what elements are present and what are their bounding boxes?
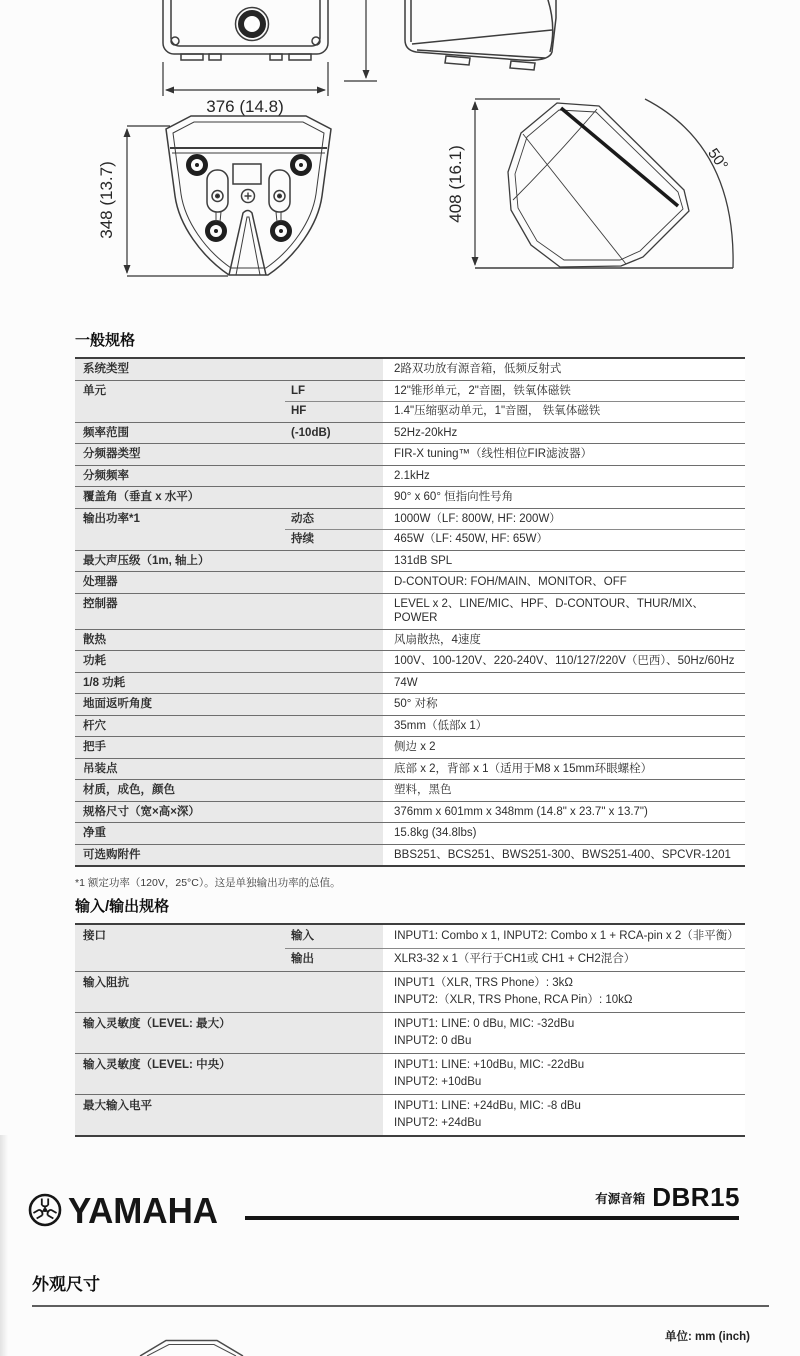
- spec-value: 465W（LF: 450W, HF: 65W）: [383, 529, 745, 550]
- spec-row: 散热 风扇散热，4速度: [75, 629, 745, 651]
- spec-sublabel: 持续: [285, 529, 383, 550]
- appearance-section-rule: [32, 1305, 769, 1307]
- spec-row: 可选购附件 BBS251、BCS251、BWS251-300、BWS251-40…: [75, 844, 745, 866]
- tilt-height-label: 408 (16.1): [446, 145, 465, 223]
- unit-note: 单位: mm (inch): [665, 1328, 750, 1344]
- spec-value: INPUT1: LINE: 0 dBu, MIC: -32dBu INPUT2:…: [383, 1013, 745, 1053]
- spec-row: 输出 XLR3-32 x 1（平行于CH1或 CH1 + CH2混合）: [75, 948, 745, 971]
- spec-value: 100V、100-120V、220-240V、110/127/220V（巴西）、…: [383, 651, 745, 672]
- tilt-height-dimension: [475, 99, 560, 265]
- spec-label: 最大输入电平: [75, 1095, 285, 1135]
- spec-value: INPUT1: LINE: +24dBu, MIC: -8 dBu INPUT2…: [383, 1095, 745, 1135]
- spec-value: 90° x 60° 恒指向性号角: [383, 487, 745, 508]
- spec-value: BBS251、BCS251、BWS251-300、BWS251-400、SPCV…: [383, 845, 745, 866]
- spec-sublabel: [285, 780, 383, 801]
- io-specs-table: 接口 输入 INPUT1: Combo x 1, INPUT2: Combo x…: [75, 923, 745, 1137]
- general-specs-title: 一般规格: [75, 331, 745, 351]
- spec-sublabel: [285, 845, 383, 866]
- spec-label: 覆盖角（垂直 x 水平）: [75, 487, 285, 508]
- spec-row: 输出功率*1 动态 1000W（LF: 800W, HF: 200W）: [75, 508, 745, 530]
- spec-value: 12"锥形单元，2"音圈，铁氧体磁铁: [383, 381, 745, 402]
- general-specs-footnote: *1 额定功率（120V，25°C）。这是单独输出功率的总值。: [75, 875, 745, 890]
- spec-sublabel: [285, 466, 383, 487]
- spec-sublabel: 动态: [285, 509, 383, 530]
- spec-sublabel: [285, 972, 383, 1012]
- spec-label: 1/8 功耗: [75, 673, 285, 694]
- brand-rule: [245, 1216, 739, 1220]
- io-specs-section: 输入/输出规格 接口 输入 INPUT1: Combo x 1, INPUT2:…: [75, 897, 745, 1137]
- yamaha-logo: YAMAHA: [28, 1184, 248, 1236]
- spec-label: 规格尺寸（宽×高×深）: [75, 802, 285, 823]
- yamaha-tuning-fork-icon: [30, 1195, 60, 1225]
- spec-row: 覆盖角（垂直 x 水平） 90° x 60° 恒指向性号角: [75, 486, 745, 508]
- spec-label: 频率范围: [75, 423, 285, 444]
- brand-row: YAMAHA 有源音箱 DBR15: [0, 1178, 800, 1248]
- spec-label: 输出功率*1: [75, 509, 285, 530]
- spec-row: 净重 15.8kg (34.8lbs): [75, 822, 745, 844]
- spec-value: 15.8kg (34.8lbs): [383, 823, 745, 844]
- spec-label: 吊装点: [75, 759, 285, 780]
- io-specs-title: 输入/输出规格: [75, 897, 745, 917]
- spec-value: INPUT1: Combo x 1, INPUT2: Combo x 1 + R…: [383, 925, 745, 948]
- spec-value: 风扇散热，4速度: [383, 630, 745, 651]
- spec-label: 单元: [75, 381, 285, 402]
- spec-label: 分频频率: [75, 466, 285, 487]
- spec-label: 材质，成色，颜色: [75, 780, 285, 801]
- spec-sublabel: [285, 759, 383, 780]
- yamaha-logo-text: YAMAHA: [68, 1190, 218, 1231]
- product-model-label: DBR15: [652, 1184, 740, 1210]
- spec-value: INPUT1（XLR, TRS Phone）: 3kΩ INPUT2:（XLR,…: [383, 972, 745, 1012]
- spec-label: 接口: [75, 925, 285, 948]
- spec-label: 分频器类型: [75, 444, 285, 465]
- spec-row: 控制器 LEVEL x 2、LINE/MIC、HPF、D-CONTOUR、THU…: [75, 593, 745, 629]
- general-specs-table: 系统类型 2路双功放有源音箱，低频反射式 单元 LF 12"锥形单元，2"音圈，…: [75, 357, 745, 867]
- spec-value: D-CONTOUR: FOH/MAIN、MONITOR、OFF: [383, 572, 745, 593]
- spec-sublabel: [285, 444, 383, 465]
- spec-sublabel: [285, 1013, 383, 1053]
- spec-label: 输入灵敏度（LEVEL: 最大）: [75, 1013, 285, 1053]
- spec-row: 处理器 D-CONTOUR: FOH/MAIN、MONITOR、OFF: [75, 571, 745, 593]
- spec-sublabel: [285, 716, 383, 737]
- spec-row: 吊装点 底部 x 2，背部 x 1（适用于M8 x 15mm环眼螺栓）: [75, 758, 745, 780]
- spec-label: 地面返听角度: [75, 694, 285, 715]
- spec-label: 净重: [75, 823, 285, 844]
- spec-value: 侧边 x 2: [383, 737, 745, 758]
- spec-row: 把手 侧边 x 2: [75, 736, 745, 758]
- spec-row: 分频器类型 FIR-X tuning™（线性相位FIR滤波器）: [75, 443, 745, 465]
- spec-value: INPUT1: LINE: +10dBu, MIC: -22dBu INPUT2…: [383, 1054, 745, 1094]
- general-specs-section: 一般规格 系统类型 2路双功放有源音箱，低频反射式 单元 LF 12"锥形单元，…: [75, 331, 745, 890]
- spec-sublabel: [285, 737, 383, 758]
- spec-row: 规格尺寸（宽×高×深） 376mm x 601mm x 348mm (14.8"…: [75, 801, 745, 823]
- spec-sublabel: [285, 694, 383, 715]
- spec-value: 50° 对称: [383, 694, 745, 715]
- spec-row: 频率范围 (-10dB) 52Hz-20kHz: [75, 422, 745, 444]
- spec-sublabel: [285, 594, 383, 629]
- spec-label: 处理器: [75, 572, 285, 593]
- spec-sublabel: [285, 673, 383, 694]
- spec-sublabel: (-10dB): [285, 423, 383, 444]
- spec-row: 输入灵敏度（LEVEL: 中央） INPUT1: LINE: +10dBu, M…: [75, 1053, 745, 1094]
- spec-label: 杆穴: [75, 716, 285, 737]
- spec-sublabel: [285, 1054, 383, 1094]
- bottom-view-drawing: [166, 116, 331, 275]
- bottom-height-label: 348 (13.7): [97, 161, 116, 239]
- front-view-drawing: [163, 0, 328, 60]
- brand-model-block: 有源音箱 DBR15: [595, 1184, 740, 1210]
- spec-label: 可选购附件: [75, 845, 285, 866]
- spec-value: 1000W（LF: 800W, HF: 200W）: [383, 509, 745, 530]
- spec-value: FIR-X tuning™（线性相位FIR滤波器）: [383, 444, 745, 465]
- spec-row: 单元 LF 12"锥形单元，2"音圈，铁氧体磁铁: [75, 380, 745, 402]
- spec-value: 2路双功放有源音箱，低频反射式: [383, 359, 745, 380]
- spec-sheet-page: 376 (14.8): [0, 0, 800, 1356]
- spec-value: 塑料，黑色: [383, 780, 745, 801]
- spec-label: 系统类型: [75, 359, 285, 380]
- spec-value: 52Hz-20kHz: [383, 423, 745, 444]
- spec-row: 1/8 功耗 74W: [75, 672, 745, 694]
- spec-label: 功耗: [75, 651, 285, 672]
- spec-label: [75, 948, 285, 971]
- spec-sublabel: [285, 551, 383, 572]
- spec-row: 地面返听角度 50° 对称: [75, 693, 745, 715]
- spec-row: 系统类型 2路双功放有源音箱，低频反射式: [75, 359, 745, 380]
- spec-row: 接口 输入 INPUT1: Combo x 1, INPUT2: Combo x…: [75, 925, 745, 948]
- spec-label: [75, 401, 285, 422]
- spec-sublabel: [285, 823, 383, 844]
- spec-row: 最大输入电平 INPUT1: LINE: +24dBu, MIC: -8 dBu…: [75, 1094, 745, 1135]
- spec-sublabel: LF: [285, 381, 383, 402]
- spec-sublabel: [285, 630, 383, 651]
- bottom-partial-drawing: [100, 1337, 360, 1356]
- spec-value: 376mm x 601mm x 348mm (14.8" x 23.7" x 1…: [383, 802, 745, 823]
- tilt-angle-label: 50°: [704, 145, 731, 173]
- spec-value: 2.1kHz: [383, 466, 745, 487]
- front-height-dimension: [344, 0, 377, 81]
- spec-label: 输入阻抗: [75, 972, 285, 1012]
- spec-sublabel: 输出: [285, 948, 383, 971]
- spec-sublabel: [285, 1095, 383, 1135]
- spec-sublabel: HF: [285, 401, 383, 422]
- spec-row: 杆穴 35mm（低部x 1）: [75, 715, 745, 737]
- spec-row: 功耗 100V、100-120V、220-240V、110/127/220V（巴…: [75, 650, 745, 672]
- spec-row: 分频频率 2.1kHz: [75, 465, 745, 487]
- spec-value: 131dB SPL: [383, 551, 745, 572]
- spec-value: 74W: [383, 673, 745, 694]
- spec-row: 输入灵敏度（LEVEL: 最大） INPUT1: LINE: 0 dBu, MI…: [75, 1012, 745, 1053]
- spec-label: 把手: [75, 737, 285, 758]
- spec-value: 1.4"压缩驱动单元，1"音圈， 铁氧体磁铁: [383, 401, 745, 422]
- spec-value: 底部 x 2，背部 x 1（适用于M8 x 15mm环眼螺栓）: [383, 759, 745, 780]
- spec-sublabel: 输入: [285, 925, 383, 948]
- spec-sublabel: [285, 359, 383, 380]
- spec-value: XLR3-32 x 1（平行于CH1或 CH1 + CH2混合）: [383, 948, 745, 971]
- spec-label: 控制器: [75, 594, 285, 629]
- side-view-drawing: [405, 0, 556, 70]
- page-edge-shading: [0, 1135, 8, 1356]
- spec-row: HF 1.4"压缩驱动单元，1"音圈， 铁氧体磁铁: [75, 401, 745, 422]
- product-category-label: 有源音箱: [595, 1189, 645, 1210]
- tilted-view-drawing: [475, 99, 733, 268]
- front-width-dimension: [163, 62, 328, 96]
- spec-sublabel: [285, 487, 383, 508]
- spec-sublabel: [285, 802, 383, 823]
- spec-row: 持续 465W（LF: 450W, HF: 65W）: [75, 529, 745, 550]
- spec-label: [75, 529, 285, 550]
- spec-label: 输入灵敏度（LEVEL: 中央）: [75, 1054, 285, 1094]
- spec-value: 35mm（低部x 1）: [383, 716, 745, 737]
- spec-label: 最大声压级（1m, 轴上）: [75, 551, 285, 572]
- spec-row: 最大声压级（1m, 轴上） 131dB SPL: [75, 550, 745, 572]
- spec-row: 材质，成色，颜色 塑料，黑色: [75, 779, 745, 801]
- spec-sublabel: [285, 651, 383, 672]
- spec-sublabel: [285, 572, 383, 593]
- spec-label: 散热: [75, 630, 285, 651]
- spec-row: 输入阻抗 INPUT1（XLR, TRS Phone）: 3kΩ INPUT2:…: [75, 971, 745, 1012]
- spec-value: LEVEL x 2、LINE/MIC、HPF、D-CONTOUR、THUR/MI…: [383, 594, 745, 629]
- front-width-label: 376 (14.8): [206, 97, 284, 116]
- appearance-section-title: 外观尺寸: [32, 1270, 100, 1295]
- dimension-drawings: 376 (14.8): [0, 0, 800, 302]
